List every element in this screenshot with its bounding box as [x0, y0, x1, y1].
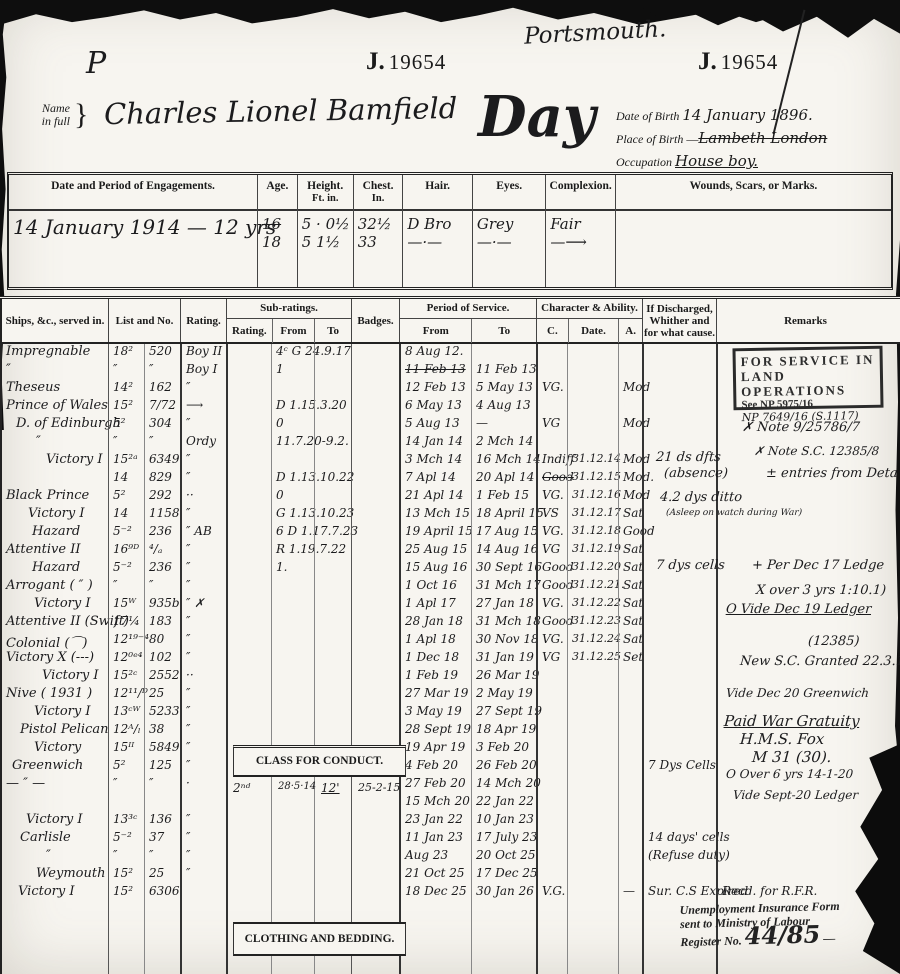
- svc-cell-ship: Victory I: [0, 884, 108, 902]
- svc-cell-badge: 6 D 1.17.7.23: [271, 524, 314, 542]
- svc-cell-rating: ″: [180, 848, 226, 866]
- svc-cell-discharged: [642, 776, 716, 794]
- svc-cell-ability: Sat: [618, 632, 642, 650]
- svc-cell-list: 12¹⁹⁻⁴: [108, 632, 144, 650]
- svc-cell-rating: [180, 884, 226, 902]
- svc-cell-list: ″: [108, 578, 144, 596]
- svc-cell-character: VS: [536, 506, 567, 524]
- chest-values: 32½33: [354, 211, 403, 287]
- height-values: 5 · 0½5 1½: [298, 211, 353, 287]
- svc-cell-discharged: (Refuse duty): [642, 848, 716, 866]
- svc-cell-badges: [351, 866, 399, 884]
- svc-cell-ship: — ″ —: [0, 776, 108, 794]
- svc-cell-from: 4 Feb 20: [399, 758, 471, 776]
- svc-cell-sub-rating: [226, 524, 271, 542]
- svc-cell-badge: R 1.19.7.22: [271, 542, 314, 560]
- svc-cell-ship: Victory I: [0, 452, 108, 470]
- svc-cell-remark: [716, 524, 894, 542]
- svc-cell-discharged: [642, 614, 716, 632]
- svc-cell-ability: [618, 686, 642, 704]
- svc-cell-list: 5²: [108, 488, 144, 506]
- name-brace: }: [74, 98, 88, 132]
- svc-cell-rating: Boy I: [180, 362, 226, 380]
- register-number: 44/85: [744, 919, 820, 950]
- svc-cell-list: [108, 794, 144, 812]
- svc-cell-char-date: [567, 812, 618, 830]
- svc-cell-list: 15²ᵃ: [108, 452, 144, 470]
- svc-cell-discharged: [642, 632, 716, 650]
- note-annotation-2: ✗ Note S.C. 12385/8: [754, 444, 880, 458]
- svc-cell-rating: [180, 938, 226, 956]
- svc-cell-list: [108, 902, 144, 920]
- col-header-hair: Hair.: [403, 175, 472, 211]
- svc-cell-ship: Hazard: [0, 524, 108, 542]
- svc-cell-sub-to: [314, 578, 351, 596]
- svc-cell-ability: Sat: [618, 578, 642, 596]
- svc-cell-character: [536, 362, 567, 380]
- hair-value: D Bro—·—: [403, 211, 472, 287]
- vide-dec20-note: Vide Dec 20 Greenwich: [726, 686, 870, 700]
- svc-cell-badge: D 1.13.10.22: [271, 470, 314, 488]
- svc-cell-discharged: [642, 398, 716, 416]
- svc-cell-sub-to: [314, 560, 351, 578]
- svc-cell-discharged: [642, 578, 716, 596]
- svc-cell-badges: [351, 524, 399, 542]
- svc-cell-discharged: [642, 812, 716, 830]
- svc-cell-character: [536, 938, 567, 956]
- svc-cell-ability: [618, 722, 642, 740]
- svc-cell-to: 26 Feb 20: [471, 758, 536, 776]
- svc-cell-from: [399, 938, 471, 956]
- svc-cell-rating: ″: [180, 650, 226, 668]
- svc-cell-badge: [271, 956, 314, 974]
- svc-cell-list: 17¼: [108, 614, 144, 632]
- svc-cell-from: 6 May 13: [399, 398, 471, 416]
- svc-cell-sub-to: [314, 596, 351, 614]
- svc-cell-badges: [351, 794, 399, 812]
- svc-cell-rating: [180, 902, 226, 920]
- svc-cell-list: 13³ᶜ: [108, 812, 144, 830]
- svc-cell-list: 12ᴬ/ₗ: [108, 722, 144, 740]
- svc-cell-from: 21 Apl 14: [399, 488, 471, 506]
- svc-cell-to: —: [471, 416, 536, 434]
- svc-cell-ship: Victory X (---): [0, 650, 108, 668]
- svc-cell-sub-to: [314, 866, 351, 884]
- svc-cell-to: 20 Oct 25: [471, 848, 536, 866]
- svc-cell-badge: [271, 632, 314, 650]
- svc-cell-character: [536, 758, 567, 776]
- svc-cell-character: VG.: [536, 596, 567, 614]
- svc-cell-character: [536, 920, 567, 938]
- svc-cell-char-date: [567, 920, 618, 938]
- svc-cell-ship: Arrogant ( ″ ): [0, 578, 108, 596]
- svc-cell-ability: [618, 362, 642, 380]
- over-3yrs-note: X over 3 yrs 1:10.1): [755, 583, 886, 598]
- svc-cell-from: 27 Feb 20: [399, 776, 471, 794]
- svc-cell-list: 18²: [108, 344, 144, 362]
- unemployment-insurance-stamp: Unemployment Insurance Form sent to Mini…: [679, 899, 840, 949]
- svc-cell-number: ″: [144, 362, 180, 380]
- svc-cell-sub-to: [314, 416, 351, 434]
- svc-cell-sub-rating: [226, 794, 271, 812]
- svc-cell-from: 19 Apr 19: [399, 740, 471, 758]
- svc-cell-to: [471, 902, 536, 920]
- svc-cell-from: 18 Dec 25: [399, 884, 471, 902]
- svc-cell-list: 15²: [108, 884, 144, 902]
- svc-cell-discharged: [642, 596, 716, 614]
- over-6yrs-note: O Over 6 yrs 14-1-20: [726, 767, 854, 781]
- svc-cell-badge: [271, 866, 314, 884]
- svc-cell-ship: [0, 470, 108, 488]
- svc-cell-from: 14 Jan 14: [399, 434, 471, 452]
- svc-cell-to: 18 Apr 19: [471, 722, 536, 740]
- svc-cell-discharged: [642, 524, 716, 542]
- svc-cell-ship: Pistol Pelican: [0, 722, 108, 740]
- svc-cell-remark: [716, 848, 894, 866]
- svc-cell-character: Good: [536, 614, 567, 632]
- svc-cell-ship: [0, 956, 108, 974]
- svc-cell-ship: Greenwich: [0, 758, 108, 776]
- svc-cell-sub-rating: [226, 686, 271, 704]
- svc-cell-from: 12 Feb 13: [399, 380, 471, 398]
- svc-cell-badges: [351, 470, 399, 488]
- svc-cell-ship: Victory I: [0, 668, 108, 686]
- svc-cell-from: Aug 23: [399, 848, 471, 866]
- svc-cell-char-date: [567, 704, 618, 722]
- svc-cell-ship: Victory I: [0, 596, 108, 614]
- svc-cell-to: 14 Mch 20: [471, 776, 536, 794]
- svc-cell-ship: D. of Edinburgh: [0, 416, 108, 434]
- svc-cell-from: 1 Apl 17: [399, 596, 471, 614]
- svc-cell-sub-to: [314, 956, 351, 974]
- svc-cell-number: ″: [144, 848, 180, 866]
- ditto-note-1: 4.2 dys ditto: [659, 490, 742, 505]
- svc-cell-ability: [618, 920, 642, 938]
- svc-cell-char-date: [567, 938, 618, 956]
- svc-cell-ability: [618, 830, 642, 848]
- cells-note: 7 dys cells: [655, 558, 725, 573]
- svc-cell-badge: 0: [271, 416, 314, 434]
- svc-cell-sub-to: [314, 812, 351, 830]
- col-header-listno: List and No.: [108, 299, 180, 342]
- svc-cell-ship: Attentive II: [0, 542, 108, 560]
- svc-cell-ability: Sat: [618, 614, 642, 632]
- svc-cell-character: [536, 398, 567, 416]
- svc-cell-sub-to: [314, 452, 351, 470]
- svc-cell-sub-rating: [226, 416, 271, 434]
- svc-cell-sub-to: [314, 362, 351, 380]
- svc-cell-char-date: 31.12.23: [567, 614, 618, 632]
- svc-cell-to: 17 July 23: [471, 830, 536, 848]
- svc-cell-char-date: [567, 884, 618, 902]
- svc-cell-from: 11 Feb 13: [399, 362, 471, 380]
- svc-cell-rating: Boy II: [180, 344, 226, 362]
- svc-cell-sub-to: [314, 506, 351, 524]
- svc-cell-character: [536, 794, 567, 812]
- svc-cell-list: [108, 938, 144, 956]
- svc-cell-from: 28 Sept 19: [399, 722, 471, 740]
- class-for-conduct-entries: 2ⁿᵈ 28·5·14 12' 25-2-15: [233, 781, 406, 795]
- svc-cell-number: 1158: [144, 506, 180, 524]
- svc-cell-list: 12¹¹/ᴰ: [108, 686, 144, 704]
- svc-cell-rating: ·: [180, 776, 226, 794]
- svc-cell-badge: [271, 452, 314, 470]
- svc-cell-character: VG.: [536, 632, 567, 650]
- new-sc-note: New S.C. Granted 22.3.19: [739, 654, 900, 669]
- svc-cell-badges: [351, 722, 399, 740]
- svc-cell-ability: Set: [618, 650, 642, 668]
- occupation-row: Occupation House boy.: [616, 150, 827, 173]
- svc-cell-rating: ⟶: [180, 398, 226, 416]
- svc-cell-number: 2552: [144, 668, 180, 686]
- deficiency-note-2: (absence): [663, 466, 728, 481]
- svc-cell-list: 15²: [108, 398, 144, 416]
- svc-cell-badges: [351, 344, 399, 362]
- svc-cell-ability: Mod: [618, 416, 642, 434]
- svc-cell-character: V.G.: [536, 884, 567, 902]
- ditto-note-2: (Asleep on watch during War): [666, 508, 803, 518]
- svc-cell-char-date: [567, 776, 618, 794]
- svc-cell-sub-rating: [226, 380, 271, 398]
- svc-cell-char-date: 31.12.14: [567, 452, 618, 470]
- svc-cell-badge: [271, 794, 314, 812]
- svc-cell-badge: D 1.15.3.20: [271, 398, 314, 416]
- svc-cell-badge: 4ᶜ G 24.9.17: [271, 344, 314, 362]
- svc-cell-sub-to: [314, 830, 351, 848]
- col-header-discharged: If Discharged, Whither and for what caus…: [642, 299, 716, 342]
- svc-cell-discharged: [642, 866, 716, 884]
- svc-cell-badges: [351, 488, 399, 506]
- svc-cell-from: 13 Mch 15: [399, 506, 471, 524]
- svc-cell-sub-to: [314, 650, 351, 668]
- service-number-right: J. 19654: [698, 48, 778, 76]
- svc-cell-character: VG: [536, 542, 567, 560]
- svc-cell-to: 31 Mch 18: [471, 614, 536, 632]
- svc-cell-sub-to: [314, 524, 351, 542]
- svc-cell-to: 22 Jan 22: [471, 794, 536, 812]
- svc-cell-sub-to: [314, 884, 351, 902]
- bio-block: Date of Birth 14 January 1896. Place of …: [616, 104, 827, 173]
- svc-cell-remark: [716, 812, 894, 830]
- svc-cell-ability: [618, 812, 642, 830]
- svc-cell-char-date: [567, 794, 618, 812]
- svc-cell-list: 14: [108, 470, 144, 488]
- svc-cell-character: Good: [536, 578, 567, 596]
- svc-cell-list: 15²: [108, 866, 144, 884]
- service-row: Weymouth15²25″21 Oct 2517 Dec 25: [0, 866, 900, 884]
- svc-cell-char-date: [567, 668, 618, 686]
- svc-cell-rating: ″: [180, 452, 226, 470]
- svc-cell-ability: [618, 794, 642, 812]
- svc-cell-badges: [351, 632, 399, 650]
- svc-cell-badge: [271, 830, 314, 848]
- svc-cell-ability: [618, 902, 642, 920]
- svc-cell-sub-rating: [226, 488, 271, 506]
- svc-cell-list: 15ᵂ: [108, 596, 144, 614]
- svc-cell-badge: [271, 812, 314, 830]
- svc-cell-sub-to: [314, 686, 351, 704]
- svc-cell-sub-rating: [226, 956, 271, 974]
- svc-cell-sub-rating: [226, 398, 271, 416]
- svc-cell-list: 5²: [108, 758, 144, 776]
- svc-cell-list: 5⁻²: [108, 524, 144, 542]
- svc-cell-number: ″: [144, 578, 180, 596]
- svc-cell-badge: [271, 848, 314, 866]
- svc-cell-rating: ″: [180, 866, 226, 884]
- svc-cell-ability: Sat: [618, 542, 642, 560]
- svc-cell-number: [144, 902, 180, 920]
- svc-cell-number: 292: [144, 488, 180, 506]
- svc-cell-ability: [618, 344, 642, 362]
- svc-cell-number: 37: [144, 830, 180, 848]
- date-of-birth-value: 14 January 1896.: [682, 106, 812, 124]
- svc-cell-sub-to: [314, 542, 351, 560]
- svc-cell-ship: Theseus: [0, 380, 108, 398]
- service-row: Victory I13³ᶜ136″23 Jan 2210 Jan 23: [0, 812, 900, 830]
- svc-cell-ship: Victory: [0, 740, 108, 758]
- svc-cell-number: 5849: [144, 740, 180, 758]
- col-header-ps-to: To: [471, 319, 536, 343]
- svc-cell-to: 17 Dec 25: [471, 866, 536, 884]
- svc-cell-badge: [271, 650, 314, 668]
- col-header-age: Age.: [258, 175, 297, 211]
- svc-cell-ship: ″: [0, 848, 108, 866]
- svc-cell-from: 28 Jan 18: [399, 614, 471, 632]
- col-header-sub-from: From: [272, 319, 315, 343]
- service-row: Victory I15²630618 Dec 2530 Jan 26V.G.—S…: [0, 884, 900, 902]
- svc-cell-character: Indiff: [536, 452, 567, 470]
- svc-cell-char-date: [567, 758, 618, 776]
- svc-cell-list: 13ᶜᵂ: [108, 704, 144, 722]
- svc-cell-to: 3 Feb 20: [471, 740, 536, 758]
- war-gratuity-note-2: H.M.S. Fox: [739, 730, 825, 748]
- svc-cell-char-date: 31.12.22: [567, 596, 618, 614]
- svc-cell-from: 8 Aug 12.: [399, 344, 471, 362]
- svc-cell-badges: [351, 614, 399, 632]
- svc-cell-ability: Sat: [618, 560, 642, 578]
- svc-cell-from: [399, 956, 471, 974]
- svc-cell-from: 11 Jan 23: [399, 830, 471, 848]
- svc-cell-ability: Mod: [618, 452, 642, 470]
- svc-cell-number: 935b: [144, 596, 180, 614]
- svc-cell-char-date: 31.12.20: [567, 560, 618, 578]
- svc-cell-to: 20 Apl 14: [471, 470, 536, 488]
- col-header-character: Character & Ability. C. Date. A.: [536, 299, 642, 342]
- svc-cell-char-date: 31.12.25: [567, 650, 618, 668]
- svc-cell-rating: ″: [180, 740, 226, 758]
- svc-cell-badge: [271, 902, 314, 920]
- svc-cell-char-date: [567, 902, 618, 920]
- svc-cell-sub-rating: [226, 722, 271, 740]
- svc-cell-from: 7 Apl 14: [399, 470, 471, 488]
- svc-cell-remark: [716, 956, 894, 974]
- svc-cell-list: ″: [108, 848, 144, 866]
- svc-cell-from: 21 Oct 25: [399, 866, 471, 884]
- svc-cell-to: [471, 938, 536, 956]
- svc-cell-badges: [351, 560, 399, 578]
- col-header-rating: Rating.: [180, 299, 226, 342]
- svc-cell-to: 30 Nov 18: [471, 632, 536, 650]
- svc-cell-rating: [180, 920, 226, 938]
- svc-cell-badges: [351, 542, 399, 560]
- svc-cell-number: 38: [144, 722, 180, 740]
- svc-cell-ship: [0, 938, 108, 956]
- svc-cell-badges: [351, 506, 399, 524]
- svc-cell-sub-to: [314, 344, 351, 362]
- svc-cell-character: [536, 776, 567, 794]
- svc-cell-ability: [618, 866, 642, 884]
- engagement-period: 14 January 1914 — 12 yrs: [9, 211, 257, 287]
- svc-cell-badges: [351, 884, 399, 902]
- entries-from-deta-note: ± entries from Deta: [765, 466, 898, 481]
- svc-cell-ability: [618, 668, 642, 686]
- svc-cell-sub-to: [314, 848, 351, 866]
- svc-cell-number: [144, 920, 180, 938]
- clothing-and-bedding-box: CLOTHING AND BEDDING.: [233, 922, 406, 956]
- col-header-engagements: Date and Period of Engagements.: [9, 175, 257, 211]
- svc-cell-badge: [271, 668, 314, 686]
- svc-cell-number: ⁴/ₐ: [144, 542, 180, 560]
- svc-cell-to: [471, 956, 536, 974]
- svc-cell-number: 183: [144, 614, 180, 632]
- svc-cell-rating: ″: [180, 686, 226, 704]
- svc-cell-discharged: [642, 686, 716, 704]
- svc-cell-char-date: [567, 380, 618, 398]
- svc-cell-ship: Victory I: [0, 812, 108, 830]
- svc-cell-ability: [618, 434, 642, 452]
- svc-cell-ship: [0, 920, 108, 938]
- svc-cell-badges: [351, 398, 399, 416]
- svc-cell-ability: Sat: [618, 596, 642, 614]
- svc-cell-char-date: [567, 434, 618, 452]
- svc-cell-from: [399, 920, 471, 938]
- svc-cell-sub-rating: [226, 596, 271, 614]
- svc-cell-number: 5233: [144, 704, 180, 722]
- svc-cell-to: [471, 920, 536, 938]
- svc-cell-number: [144, 956, 180, 974]
- svc-cell-number: 125: [144, 758, 180, 776]
- svc-cell-character: VG.: [536, 380, 567, 398]
- svc-cell-sub-to: [314, 470, 351, 488]
- svc-cell-discharged: [642, 668, 716, 686]
- svc-cell-sub-rating: [226, 632, 271, 650]
- svc-cell-from: 19 April 15: [399, 524, 471, 542]
- svc-cell-sub-rating: [226, 884, 271, 902]
- svc-cell-discharged: [642, 794, 716, 812]
- svc-cell-from: 3 May 19: [399, 704, 471, 722]
- col-header-wounds: Wounds, Scars, or Marks.: [616, 175, 891, 211]
- svc-cell-ship: Hazard: [0, 560, 108, 578]
- svc-cell-sub-to: [314, 488, 351, 506]
- svc-cell-badge: 1.: [271, 560, 314, 578]
- svc-cell-char-date: [567, 740, 618, 758]
- col-header-complexion: Complexion.: [546, 175, 615, 211]
- svc-cell-badge: [271, 578, 314, 596]
- svc-cell-discharged: [642, 956, 716, 974]
- col-header-eyes: Eyes.: [473, 175, 546, 211]
- svc-cell-ship: [0, 902, 108, 920]
- svc-cell-character: VG.: [536, 524, 567, 542]
- svc-cell-character: [536, 812, 567, 830]
- svc-cell-list: 14²: [108, 380, 144, 398]
- svc-cell-number: ″: [144, 434, 180, 452]
- svc-cell-badge: 1: [271, 362, 314, 380]
- svc-cell-char-date: 31.12.19: [567, 542, 618, 560]
- col-header-c: C.: [537, 319, 568, 343]
- svc-cell-rating: ″: [180, 704, 226, 722]
- svc-cell-remark: [716, 668, 894, 686]
- svc-cell-ability: Mod: [618, 380, 642, 398]
